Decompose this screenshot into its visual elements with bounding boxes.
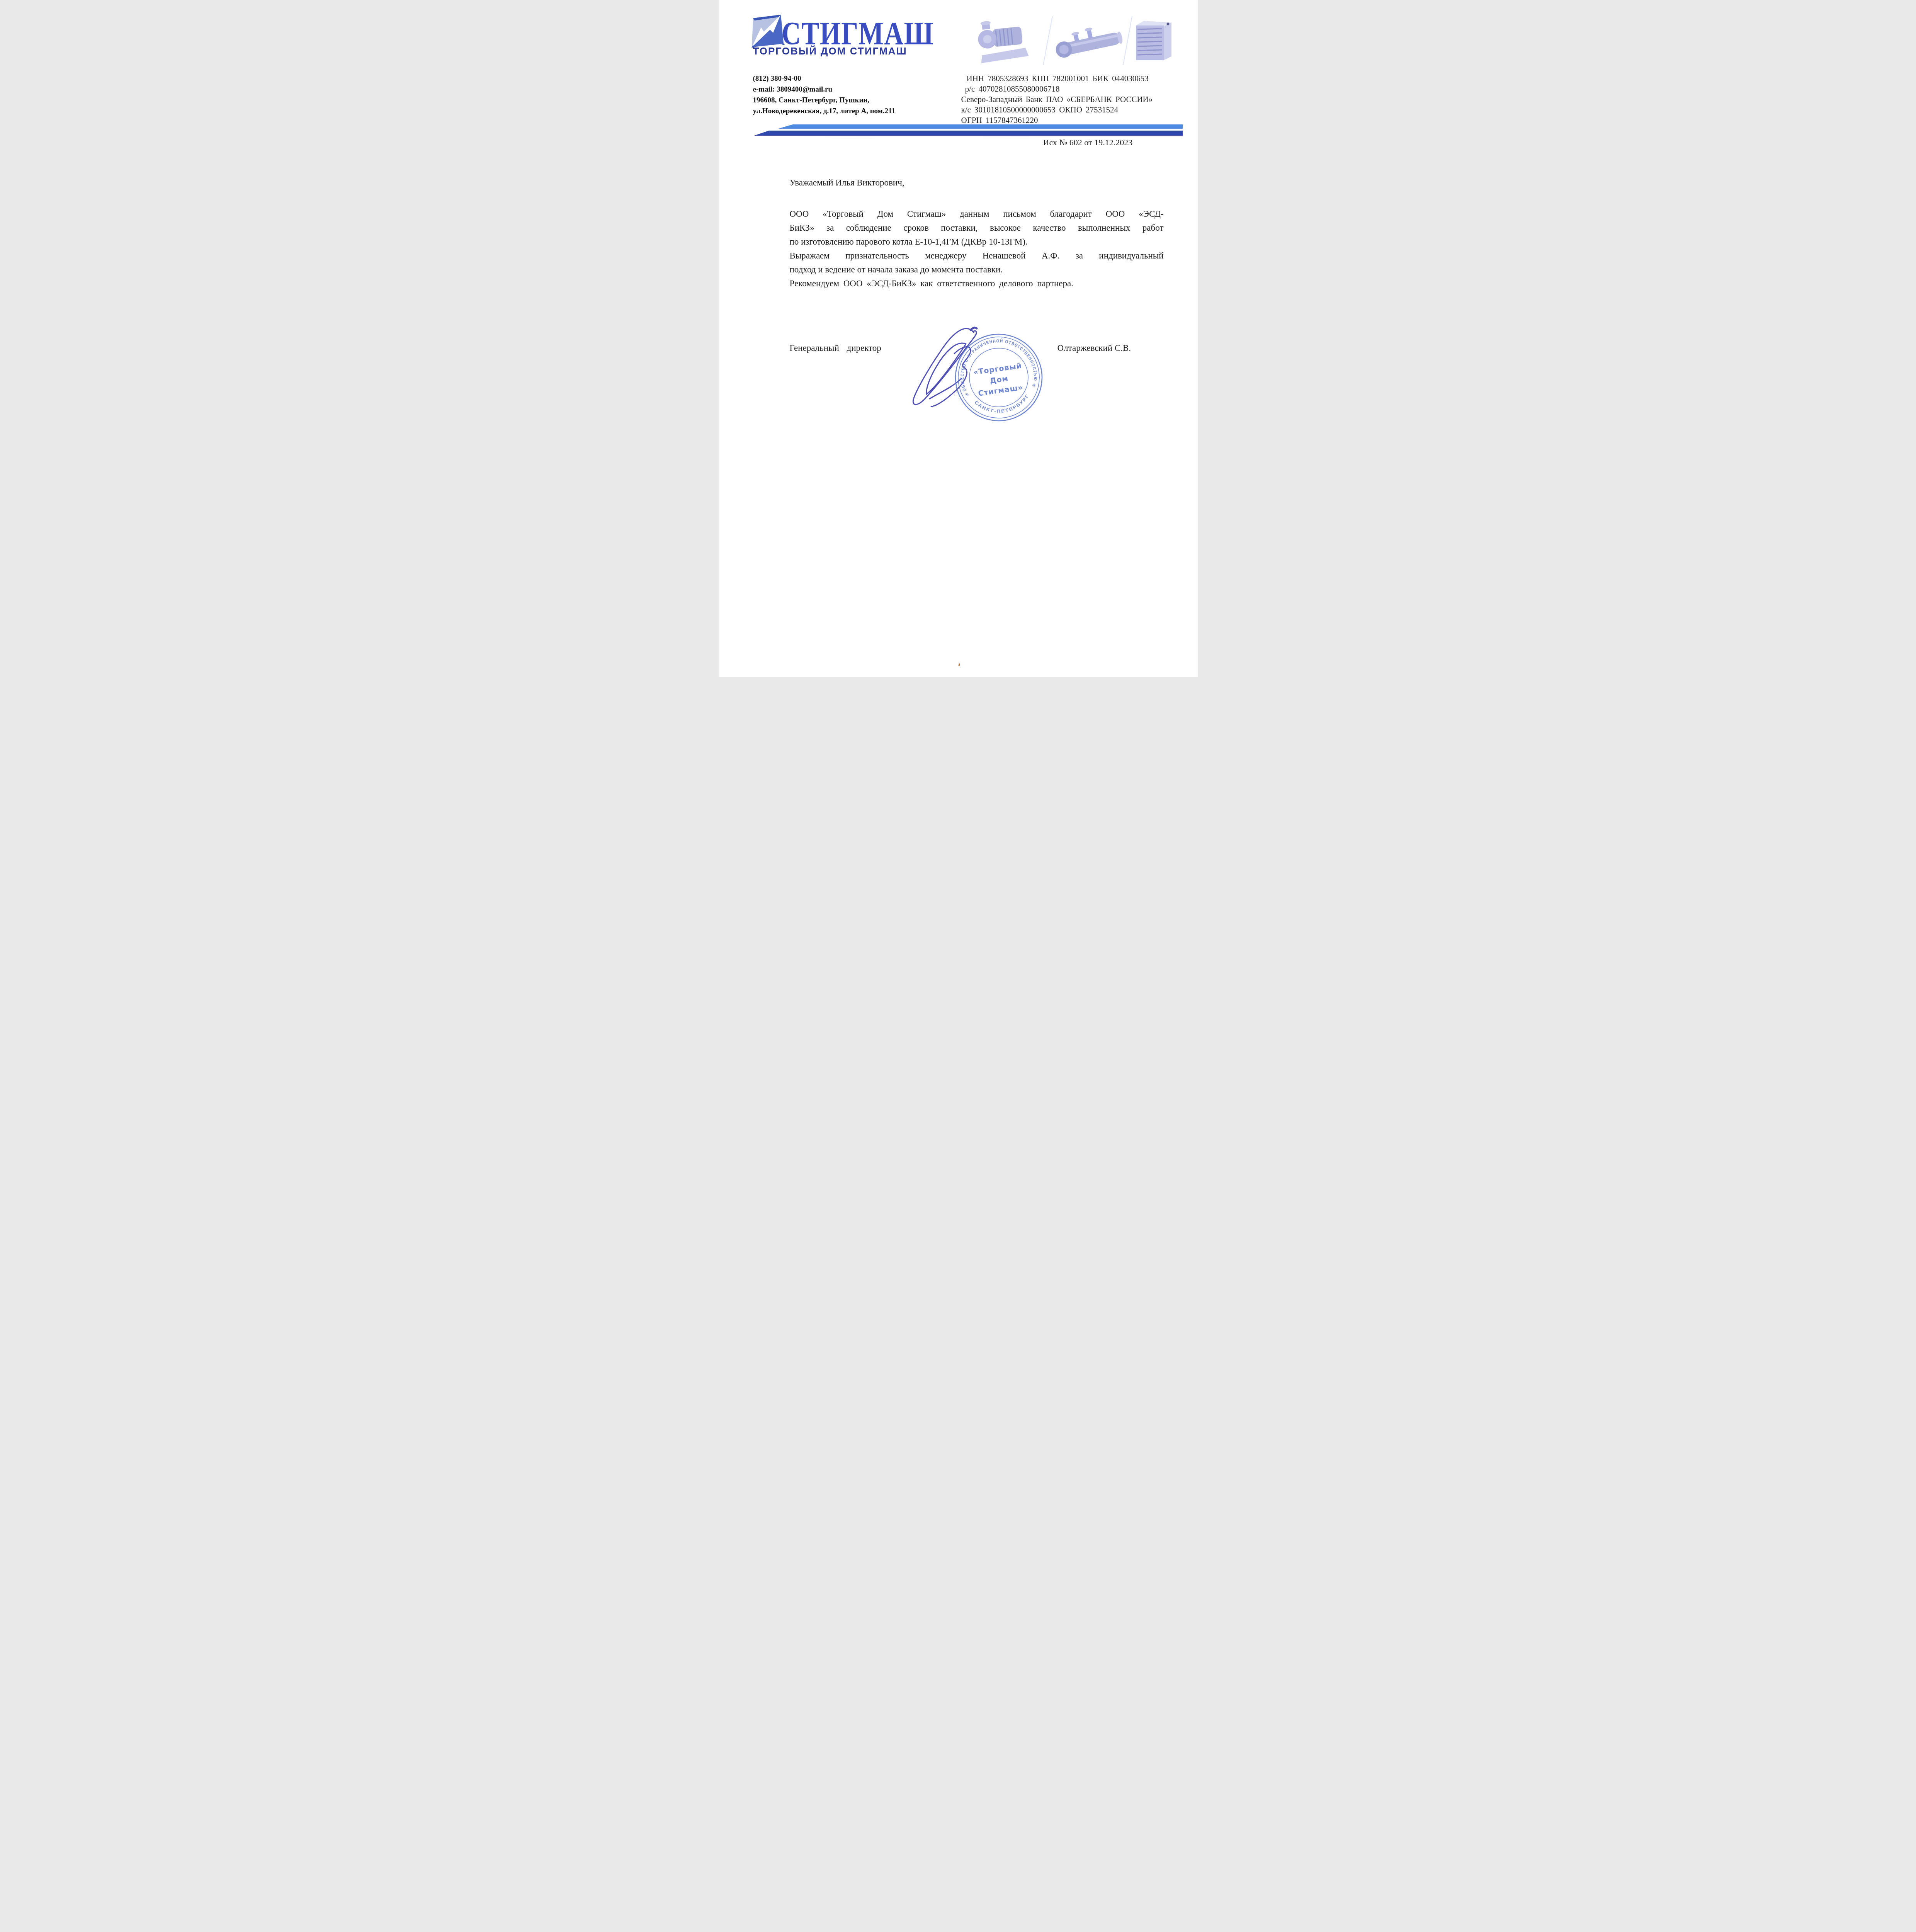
photo-divider-line — [1123, 16, 1132, 65]
stamp-center-line-1: «Торговый — [972, 362, 1022, 377]
body-line: подход и ведение от начала заказа до мом… — [790, 263, 1164, 277]
centrifugal-pump-photo — [976, 17, 1029, 63]
heat-exchanger-photo — [1052, 21, 1124, 59]
body-line: ООО «Торговый Дом Стигмаш» данным письмо… — [790, 207, 1164, 221]
body-line: по изготовлению парового котла Е-10-1,4Г… — [790, 235, 1164, 249]
scan-speck — [958, 663, 960, 666]
letter-body: ООО «Торговый Дом Стигмаш» данным письмо… — [790, 207, 1164, 291]
address-line-1: 196608, Санкт-Петербург, Пушкин, — [753, 95, 895, 106]
settlement-account-line: р/с 40702810855080006718 — [961, 84, 1153, 94]
email-line: e-mail: 3809400@mail.ru — [753, 84, 895, 95]
stamp-center-line-2: Дом — [989, 374, 1009, 386]
header-divider-stripes — [719, 122, 1198, 139]
signer-name: Олтаржевский С.В. — [1057, 343, 1131, 353]
company-round-stamp: ОБЩЕСТВО С ОГРАНИЧЕННОЙ ОТВЕТСТВЕННОСТЬЮ… — [954, 332, 1044, 423]
corr-account-okpo-line: к/с 30101810500000000653 ОКПО 27531524 — [961, 105, 1153, 115]
product-photos-strip — [966, 15, 1182, 66]
bank-requisites-block: ИНН 7805328693 КПП 782001001 БИК 0440306… — [961, 73, 1153, 126]
bank-name-line: Северо-Западный Банк ПАО «СБЕРБАНК РОССИ… — [961, 94, 1153, 105]
lightning-bolt-logo-icon — [751, 14, 785, 48]
letter-page: СТИГМАШ ТОРГОВЫЙ ДОМ СТИГМАШ — [719, 0, 1198, 677]
fan-heater-photo — [1136, 21, 1171, 60]
phone-number: (812) 380-94-00 — [753, 73, 895, 84]
photo-divider-line — [1043, 16, 1052, 65]
contact-block: (812) 380-94-00 e-mail: 3809400@mail.ru … — [753, 73, 895, 117]
body-line: Выражаем признательность менеджеру Ненаш… — [790, 249, 1164, 263]
body-line: БиКЗ» за соблюдение сроков поставки, выс… — [790, 221, 1164, 235]
stamp-star-right: ✳ — [1032, 383, 1037, 389]
stamp-center-line-3: Стигмаш» — [978, 383, 1023, 398]
outgoing-ref-line: Исх № 602 от 19.12.2023 — [1043, 138, 1133, 148]
brand-tagline: ТОРГОВЫЙ ДОМ СТИГМАШ — [753, 46, 907, 56]
inn-kpp-bik-line: ИНН 7805328693 КПП 782001001 БИК 0440306… — [961, 73, 1153, 84]
stamp-star-left: ✳ — [964, 392, 969, 398]
signer-title: Генеральный директор — [790, 343, 881, 353]
body-line: Рекомендуем ООО «ЭСД-БиКЗ» как ответстве… — [790, 277, 1164, 291]
greeting-line: Уважаемый Илья Викторович, — [790, 178, 904, 188]
address-line-2: ул.Новодеревенская, д.17, литер А, пом.2… — [753, 106, 895, 117]
